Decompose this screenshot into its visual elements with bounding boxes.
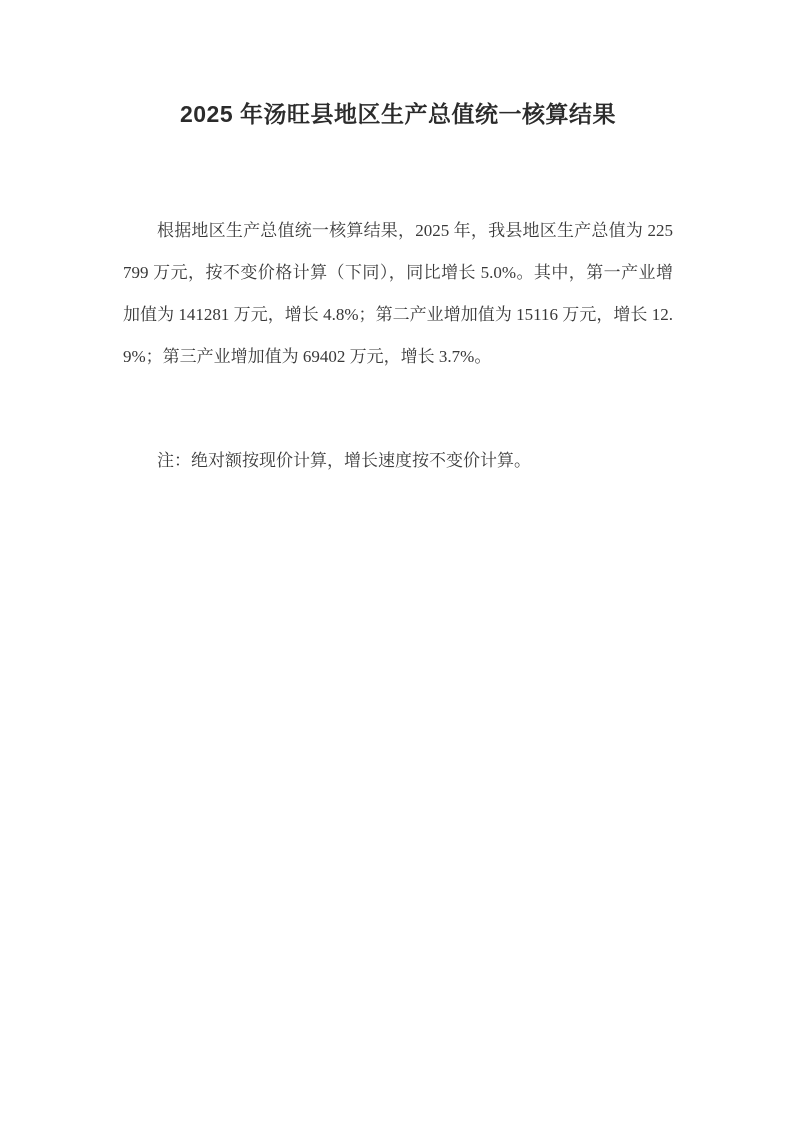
document-title: 2025 年汤旺县地区生产总值统一核算结果 (123, 0, 673, 130)
note-paragraph: 注：绝对额按现价计算，增长速度按不变价计算。 (123, 440, 673, 482)
document-page: 2025 年汤旺县地区生产总值统一核算结果 根据地区生产总值统一核算结果，202… (0, 0, 793, 1122)
body-paragraph: 根据地区生产总值统一核算结果，2025 年，我县地区生产总值为 225799 万… (123, 210, 673, 378)
